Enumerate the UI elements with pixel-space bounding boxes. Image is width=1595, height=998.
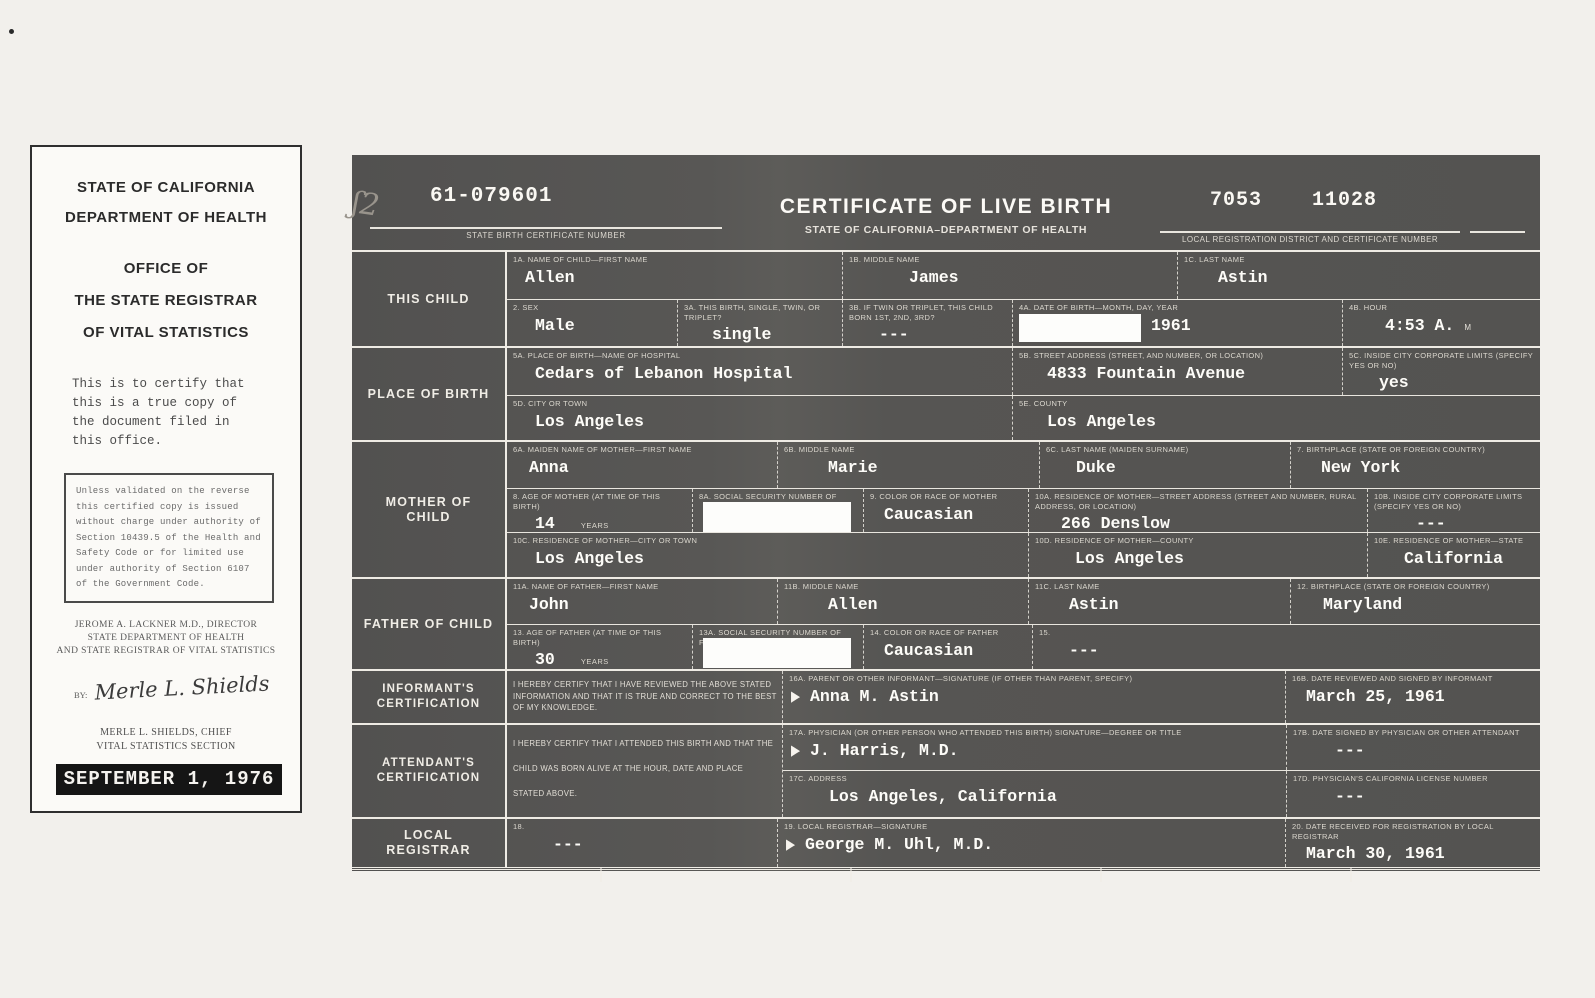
section-place-of-birth: PLACE OF BIRTH 5A. PLACE OF BIRTH—NAME O… <box>352 346 1540 440</box>
hour-meridiem-suffix: M <box>1464 323 1471 332</box>
field-14-father-race: 14. COLOR OR RACE OF FATHER Caucasian <box>863 625 1032 669</box>
field-3b-twin-order: 3B. IF TWIN OR TRIPLET, THIS CHILD BORN … <box>842 300 1012 346</box>
section-label-attendant: ATTENDANT'S CERTIFICATION <box>352 725 505 817</box>
date-stamp: SEPTEMBER 1, 1976 <box>56 764 282 795</box>
signature-arrow-icon: ▶ <box>791 684 800 708</box>
signature-arrow-icon: ▶ <box>791 738 800 762</box>
director-line-1: JEROME A. LACKNER M.D., DIRECTOR <box>32 619 300 632</box>
section-attendant-certification: ATTENDANT'S CERTIFICATION I hereby certi… <box>352 723 1540 817</box>
years-unit-label: YEARS <box>581 521 609 530</box>
field-10c-mother-residence-city: 10C. RESIDENCE OF MOTHER—CITY OR TOWN Lo… <box>507 533 1028 577</box>
chief-line-2: VITAL STATISTICS SECTION <box>32 740 300 754</box>
field-11c-father-last-name: 11C. LAST NAME Astin <box>1028 579 1290 624</box>
field-4b-hour: 4B. HOUR 4:53 A.M <box>1342 300 1540 346</box>
section-label-place-of-birth: PLACE OF BIRTH <box>352 348 505 440</box>
local-number-label: LOCAL REGISTRATION DISTRICT AND CERTIFIC… <box>1156 235 1464 244</box>
form-bottom-cut-off-strip <box>352 867 1540 882</box>
agency-line-2: DEPARTMENT OF HEALTH <box>32 203 300 233</box>
section-local-registrar: LOCAL REGISTRAR 18. --- 19. LOCAL REGIST… <box>352 817 1540 867</box>
field-19-local-registrar-signature: 19. LOCAL REGISTRAR—SIGNATURE ▶George M.… <box>777 819 1285 867</box>
certification-side-box: STATE OF CALIFORNIA DEPARTMENT OF HEALTH… <box>30 145 302 813</box>
birth-certificate-form: ʃ2 61-079601 STATE BIRTH CERTIFICATE NUM… <box>352 155 1540 871</box>
field-8-mother-age: 8. AGE OF MOTHER (AT TIME OF THIS BIRTH)… <box>507 489 692 532</box>
state-number-underline <box>370 227 722 229</box>
field-5b-street-address: 5B. STREET ADDRESS (STREET, AND NUMBER, … <box>1012 348 1342 395</box>
local-number-underline-2 <box>1470 231 1525 233</box>
field-17c-physician-address: 17C. ADDRESS Los Angeles, California <box>783 771 1286 817</box>
office-line-3: OF VITAL STATISTICS <box>32 317 300 349</box>
field-6a-mother-first-name: 6A. MAIDEN NAME OF MOTHER—FIRST NAME Ann… <box>507 442 777 488</box>
form-body: THIS CHILD 1A. NAME OF CHILD—FIRST NAME … <box>352 250 1540 882</box>
field-10e-mother-residence-state: 10E. RESIDENCE OF MOTHER—STATE Californi… <box>1367 533 1540 577</box>
field-20-date-received-for-registration: 20. DATE RECEIVED FOR REGISTRATION BY LO… <box>1285 819 1540 867</box>
section-label-informant: INFORMANT'S CERTIFICATION <box>352 671 505 723</box>
field-7-mother-birthplace: 7. BIRTHPLACE (STATE OR FOREIGN COUNTRY)… <box>1290 442 1540 488</box>
section-label-father-of-child: FATHER OF CHILD <box>352 579 505 669</box>
form-title: CERTIFICATE OF LIVE BIRTH <box>780 195 1112 219</box>
field-3a-single-twin-triplet: 3A. THIS BIRTH, SINGLE, TWIN, OR TRIPLET… <box>677 300 842 346</box>
attendant-certify-statement: I hereby certify that I attended this bi… <box>507 725 782 817</box>
director-line-2: STATE DEPARTMENT OF HEALTH <box>32 632 300 645</box>
field-16b-date-signed-by-informant: 16B. DATE REVIEWED AND SIGNED BY INFORMA… <box>1285 671 1540 723</box>
director-block: JEROME A. LACKNER M.D., DIRECTOR STATE D… <box>32 619 300 658</box>
field-15-blank: 15. --- <box>1032 625 1540 669</box>
by-label: BY: <box>74 690 87 700</box>
chief-block: MERLE L. SHIELDS, CHIEF VITAL STATISTICS… <box>32 726 300 754</box>
section-label-this-child: THIS CHILD <box>352 252 505 346</box>
field-1c-child-last-name: 1C. LAST NAME Astin <box>1177 252 1540 299</box>
field-13a-father-ssn: 13A. SOCIAL SECURITY NUMBER OF FATHER <box>692 625 863 669</box>
field-2-sex: 2. SEX Male <box>507 300 677 346</box>
field-12-father-birthplace: 12. BIRTHPLACE (STATE OR FOREIGN COUNTRY… <box>1290 579 1540 624</box>
certify-statement: This is to certify that this is a true c… <box>72 375 266 451</box>
section-father-of-child: FATHER OF CHILD 11A. NAME OF FATHER—FIRS… <box>352 577 1540 669</box>
field-13-father-age: 13. AGE OF FATHER (AT TIME OF THIS BIRTH… <box>507 625 692 669</box>
field-4a-date-of-birth: 4A. DATE OF BIRTH—MONTH, DAY, YEAR 1961 <box>1012 300 1342 346</box>
local-certificate-number: 11028 <box>1312 189 1377 212</box>
field-6b-mother-middle-name: 6B. MIDDLE NAME Marie <box>777 442 1039 488</box>
redaction-box-mother-ssn <box>703 502 851 532</box>
office-line-1: OFFICE OF <box>32 253 300 285</box>
by-signature-row: BY: Merle L. Shields <box>32 674 300 718</box>
section-label-local-registrar: LOCAL REGISTRAR <box>352 819 505 867</box>
field-9-mother-race: 9. COLOR OR RACE OF MOTHER Caucasian <box>863 489 1028 532</box>
scan-speck <box>9 29 14 34</box>
field-1a-child-first-name: 1A. NAME OF CHILD—FIRST NAME Allen <box>507 252 842 299</box>
redaction-box-birth-date <box>1019 314 1141 342</box>
field-17a-physician-signature: 17A. PHYSICIAN (OR OTHER PERSON WHO ATTE… <box>783 725 1286 770</box>
field-6c-mother-maiden-surname: 6C. LAST NAME (MAIDEN SURNAME) Duke <box>1039 442 1290 488</box>
field-11b-father-middle-name: 11B. MIDDLE NAME Allen <box>777 579 1028 624</box>
local-registration-numbers: 7053 11028 <box>1210 189 1470 212</box>
field-10d-mother-residence-county: 10D. RESIDENCE OF MOTHER—COUNTY Los Ange… <box>1028 533 1367 577</box>
state-certificate-number: 61-079601 <box>430 185 552 208</box>
years-unit-label: YEARS <box>581 657 609 666</box>
section-informant-certification: INFORMANT'S CERTIFICATION I hereby certi… <box>352 669 1540 723</box>
field-8a-mother-ssn: 8A. SOCIAL SECURITY NUMBER OF <box>692 489 863 532</box>
field-16a-informant-signature: 16A. PARENT OR OTHER INFORMANT—SIGNATURE… <box>782 671 1285 723</box>
field-18-blank: 18. --- <box>507 819 777 867</box>
director-line-3: AND STATE REGISTRAR OF VITAL STATISTICS <box>32 645 300 658</box>
side-box-office-heading: OFFICE OF THE STATE REGISTRAR OF VITAL S… <box>32 253 300 349</box>
agency-line-1: STATE OF CALIFORNIA <box>32 173 300 203</box>
local-number-underline <box>1160 231 1460 233</box>
section-label-mother-of-child: MOTHER OF CHILD <box>352 442 505 577</box>
form-subtitle: STATE OF CALIFORNIA–DEPARTMENT OF HEALTH <box>805 224 1087 236</box>
chief-line-1: MERLE L. SHIELDS, CHIEF <box>32 726 300 740</box>
field-11a-father-first-name: 11A. NAME OF FATHER—FIRST NAME John <box>507 579 777 624</box>
validation-notice: Unless validated on the reverse this cer… <box>64 473 274 603</box>
field-10a-mother-residence-street: 10A. RESIDENCE OF MOTHER—STREET ADDRESS … <box>1028 489 1367 532</box>
redaction-box-father-ssn <box>703 638 851 668</box>
informant-certify-statement: I hereby certify that I have reviewed th… <box>507 671 782 723</box>
signature-arrow-icon: ▶ <box>786 832 795 856</box>
section-this-child: THIS CHILD 1A. NAME OF CHILD—FIRST NAME … <box>352 250 1540 346</box>
field-5d-city-or-town: 5D. CITY OR TOWN Los Angeles <box>507 396 1012 440</box>
field-1b-child-middle-name: 1B. MIDDLE NAME James <box>842 252 1177 299</box>
field-5e-county: 5E. COUNTY Los Angeles <box>1012 396 1540 440</box>
field-5c-inside-city-limits: 5C. INSIDE CITY CORPORATE LIMITS (SPECIF… <box>1342 348 1540 395</box>
chief-signature: Merle L. Shields <box>91 671 272 704</box>
office-line-2: THE STATE REGISTRAR <box>32 285 300 317</box>
section-mother-of-child: MOTHER OF CHILD 6A. MAIDEN NAME OF MOTHE… <box>352 440 1540 577</box>
field-17b-date-signed-by-physician: 17B. DATE SIGNED BY PHYSICIAN OR OTHER A… <box>1286 725 1540 770</box>
state-number-label: STATE BIRTH CERTIFICATE NUMBER <box>370 231 722 240</box>
form-header: 61-079601 STATE BIRTH CERTIFICATE NUMBER… <box>352 155 1540 250</box>
field-10b-mother-inside-city-limits: 10B. INSIDE CITY CORPORATE LIMITS (SPECI… <box>1367 489 1540 532</box>
side-box-agency-heading: STATE OF CALIFORNIA DEPARTMENT OF HEALTH <box>32 173 300 233</box>
field-17d-physician-license-number: 17D. PHYSICIAN'S CALIFORNIA LICENSE NUMB… <box>1286 771 1540 817</box>
local-district-number: 7053 <box>1210 189 1262 212</box>
field-5a-hospital-name: 5A. PLACE OF BIRTH—NAME OF HOSPITAL Ceda… <box>507 348 1012 395</box>
